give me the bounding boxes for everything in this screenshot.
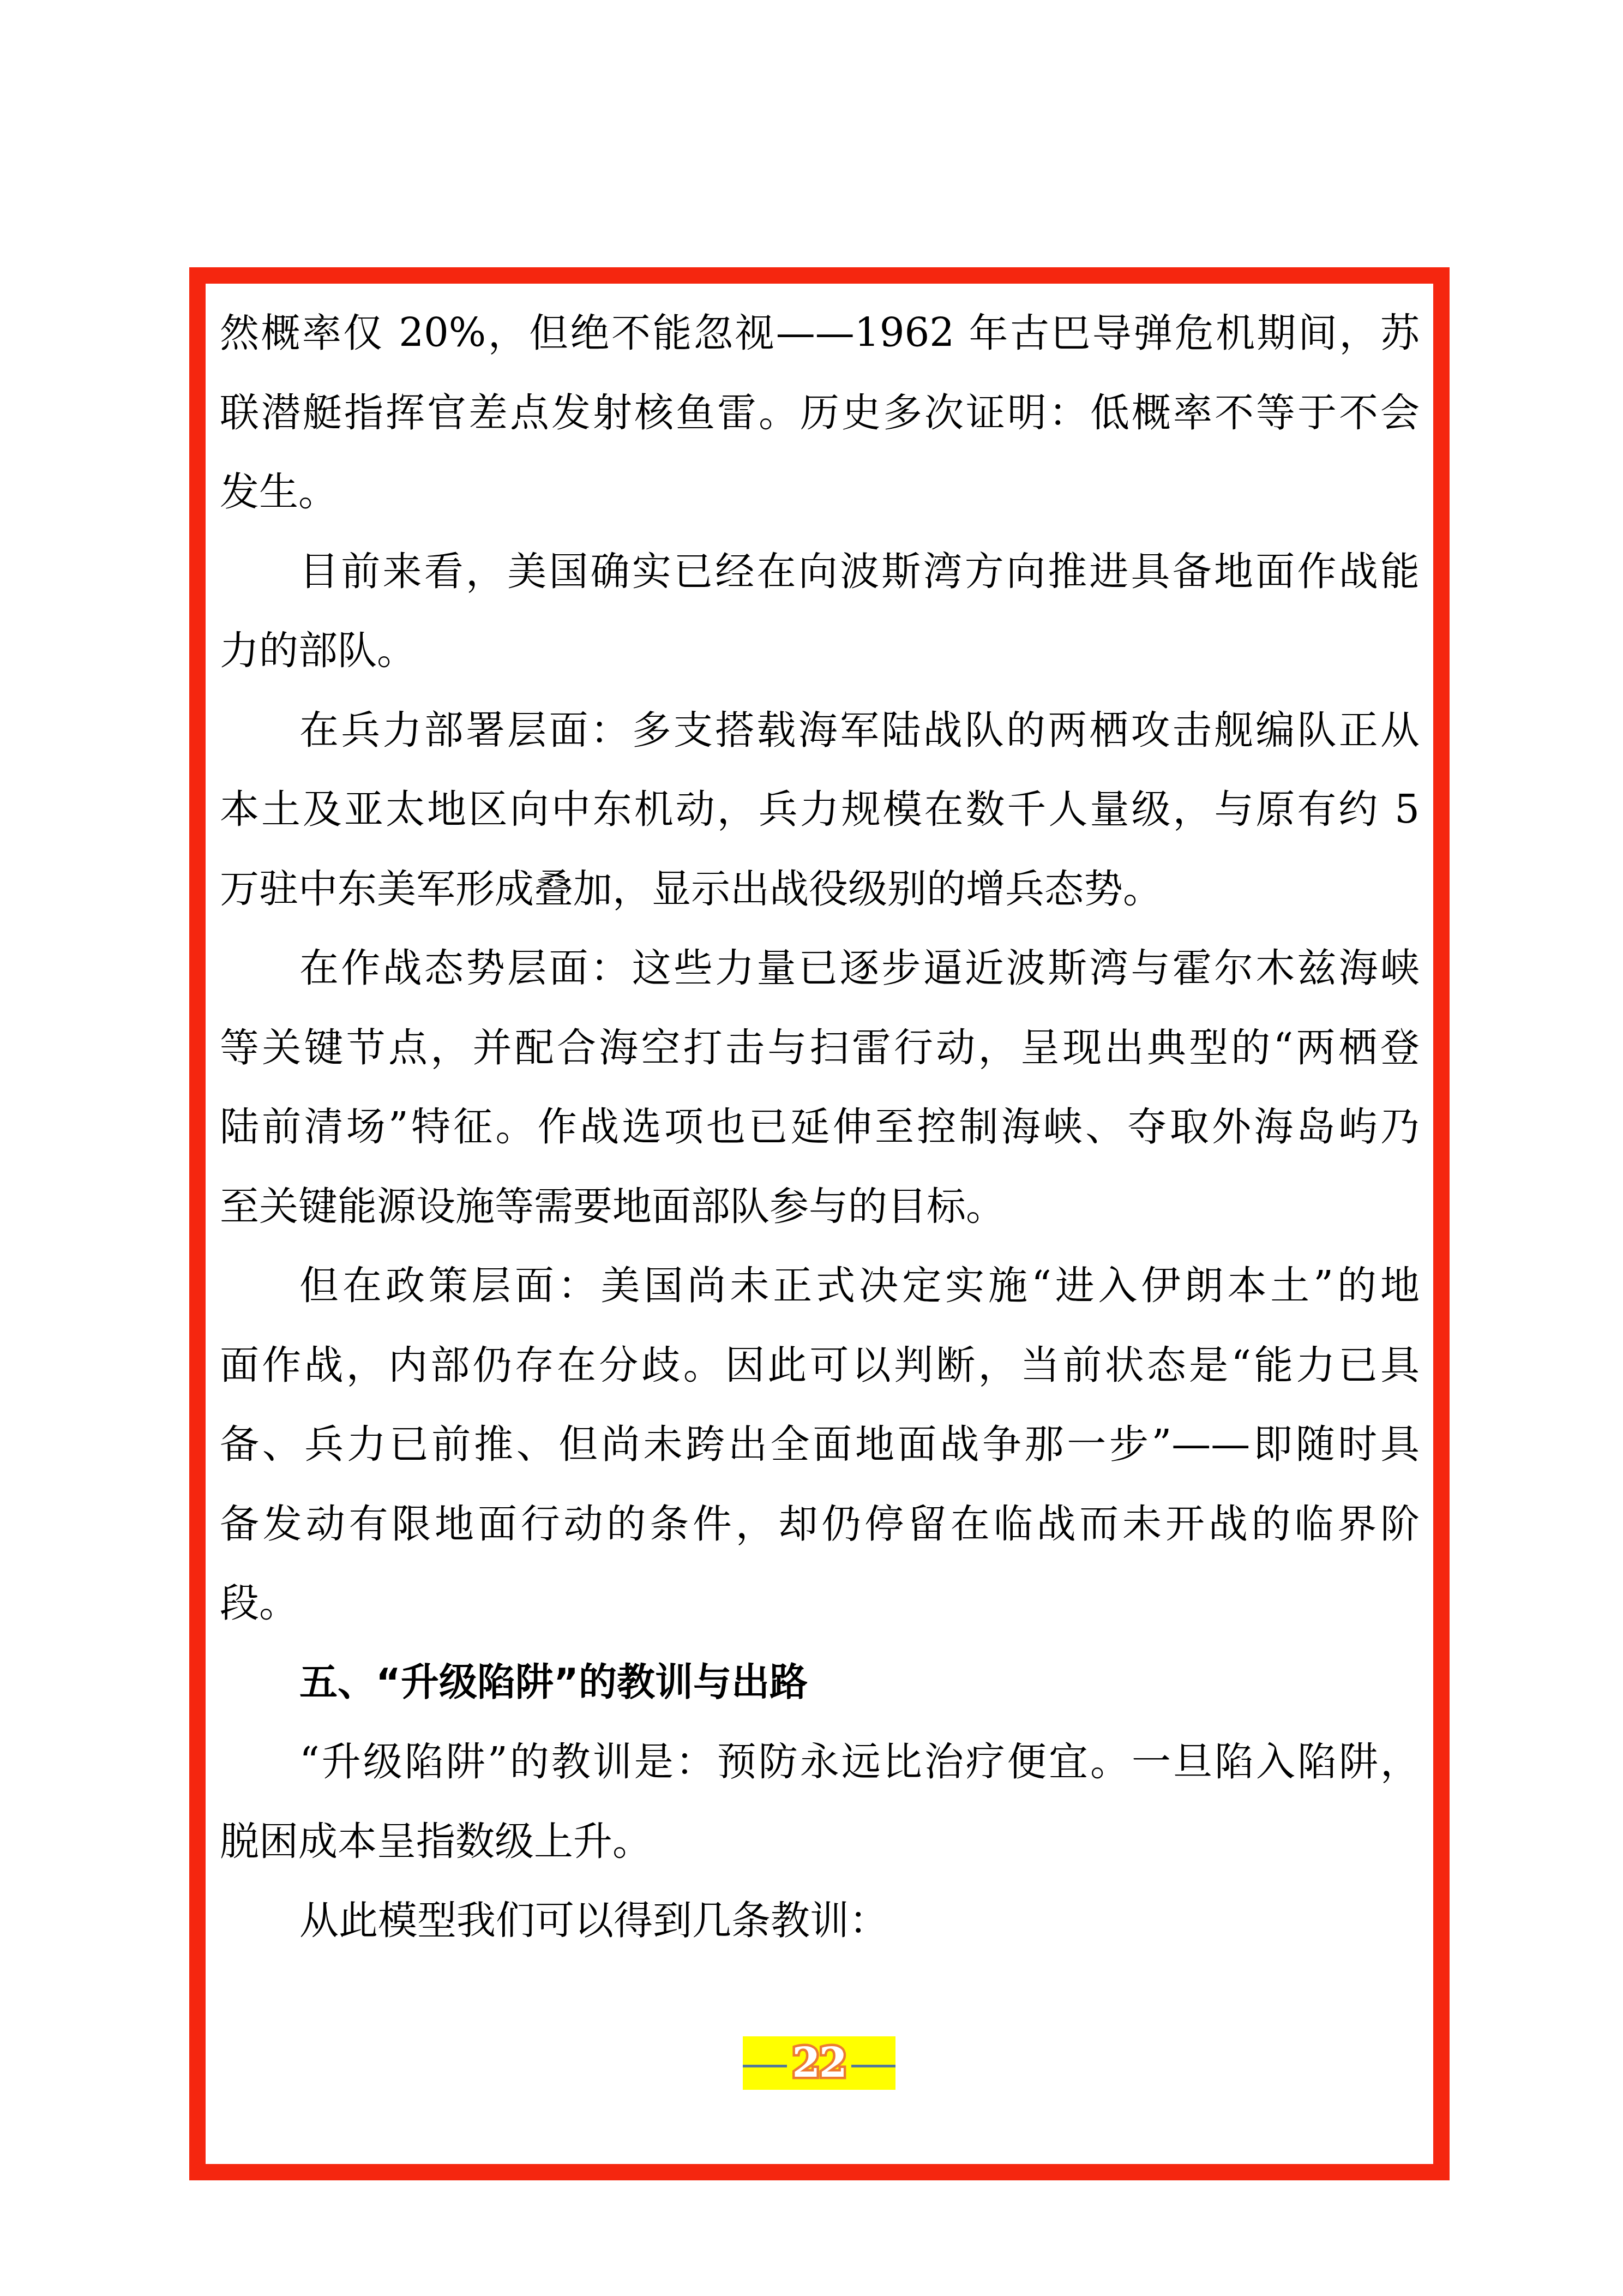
page-number-dash-right bbox=[851, 2065, 895, 2067]
text-line: 发生。 bbox=[220, 452, 1420, 532]
text-line: 从此模型我们可以得到几条教训： bbox=[220, 1881, 1420, 1961]
text-line: 本土及亚太地区向中东机动，兵力规模在数千人量级，与原有约 5 bbox=[220, 770, 1420, 849]
page-number-badge: 22 bbox=[743, 2036, 895, 2090]
text-line: 但在政策层面：美国尚未正式决定实施“进入伊朗本土”的地 bbox=[220, 1246, 1420, 1326]
text-line: 脱困成本呈指数级上升。 bbox=[220, 1802, 1420, 1881]
text-line: 目前来看，美国确实已经在向波斯湾方向推进具备地面作战能 bbox=[220, 532, 1420, 612]
text-line: 备、兵力已前推、但尚未跨出全面地面战争那一步”——即随时具 bbox=[220, 1405, 1420, 1484]
text-line: 备发动有限地面行动的条件，却仍停留在临战而未开战的临界阶 bbox=[220, 1484, 1420, 1564]
text-line: 段。 bbox=[220, 1563, 1420, 1643]
paragraph: 在作战态势层面：这些力量已逐步逼近波斯湾与霍尔木兹海峡 等关键节点，并配合海空打… bbox=[220, 928, 1420, 1246]
paragraph: 从此模型我们可以得到几条教训： bbox=[220, 1881, 1420, 1961]
paragraph: “升级陷阱”的教训是：预防永远比治疗便宜。一旦陷入陷阱， 脱困成本呈指数级上升。 bbox=[220, 1722, 1420, 1881]
text-line: 联潜艇指挥官差点发射核鱼雷。历史多次证明：低概率不等于不会 bbox=[220, 373, 1420, 453]
page-number: 22 bbox=[743, 2040, 895, 2087]
paragraph: 但在政策层面：美国尚未正式决定实施“进入伊朗本土”的地 面作战，内部仍存在分歧。… bbox=[220, 1246, 1420, 1643]
paragraph: 在兵力部署层面：多支搭载海军陆战队的两栖攻击舰编队正从 本土及亚太地区向中东机动… bbox=[220, 691, 1420, 929]
document-body: 然概率仅 20%，但绝不能忽视——1962 年古巴导弹危机期间，苏 联潜艇指挥官… bbox=[220, 293, 1420, 1961]
text-line: 万驻中东美军形成叠加，显示出战役级别的增兵态势。 bbox=[220, 849, 1420, 929]
text-line: 至关键能源设施等需要地面部队参与的目标。 bbox=[220, 1167, 1420, 1246]
text-line: 陆前清场”特征。作战选项也已延伸至控制海峡、夺取外海岛屿乃 bbox=[220, 1087, 1420, 1167]
text-line: 力的部队。 bbox=[220, 611, 1420, 691]
text-line: 然概率仅 20%，但绝不能忽视——1962 年古巴导弹危机期间，苏 bbox=[220, 293, 1420, 373]
paragraph: 然概率仅 20%，但绝不能忽视——1962 年古巴导弹危机期间，苏 联潜艇指挥官… bbox=[220, 293, 1420, 532]
section-heading: 五、“升级陷阱”的教训与出路 bbox=[220, 1643, 1420, 1723]
text-line: 面作战，内部仍存在分歧。因此可以判断，当前状态是“能力已具 bbox=[220, 1326, 1420, 1405]
text-line: “升级陷阱”的教训是：预防永远比治疗便宜。一旦陷入陷阱， bbox=[220, 1722, 1420, 1802]
text-line: 在兵力部署层面：多支搭载海军陆战队的两栖攻击舰编队正从 bbox=[220, 691, 1420, 770]
paragraph: 目前来看，美国确实已经在向波斯湾方向推进具备地面作战能 力的部队。 bbox=[220, 532, 1420, 691]
text-line: 在作战态势层面：这些力量已逐步逼近波斯湾与霍尔木兹海峡 bbox=[220, 928, 1420, 1008]
text-line: 等关键节点，并配合海空打击与扫雷行动，呈现出典型的“两栖登 bbox=[220, 1008, 1420, 1088]
